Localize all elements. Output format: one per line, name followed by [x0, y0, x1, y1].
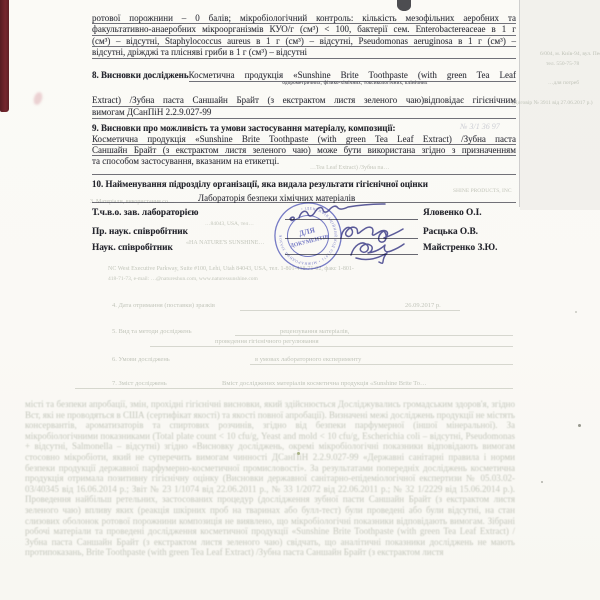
signature-line [285, 254, 418, 255]
show-through-fragment: 5. Вид та методи досліджень [112, 328, 192, 335]
show-through-fragment: 6. Умови досліджень [112, 356, 170, 363]
scanned-document-page: місті та безпеки апробації, змін, прохід… [0, 0, 600, 600]
show-through-fragment: 6/004, м. Київ-94, вул. Пес… [540, 51, 600, 57]
show-through-fragment: …для потреб [548, 80, 579, 86]
show-through-fragment: 26.09.2017 р. [405, 302, 441, 309]
show-through-fragment: 4. Дата отримання (поставки) зразків [112, 302, 215, 309]
show-through-fragment: 7. Зміст досліджень [112, 380, 167, 387]
show-through-rule [75, 388, 513, 389]
signature-name: Майстренко З.Ю. [423, 243, 497, 253]
show-through-fragment: 418-71-73, e-mail: …@natureshun.com, www… [108, 276, 258, 282]
signature-role-label: Наук. співробітник [92, 243, 173, 253]
show-through-paragraph: місті та безпеки апробації, змін, прохід… [25, 399, 515, 558]
signature-role-label: Т.ч.в.о. зав. лабораторією [92, 208, 198, 218]
show-through-rule [235, 335, 513, 336]
signature-role-label: Пр. наук. співробітник [92, 227, 188, 237]
show-through-fragment: в умовах лабораторного експерименту [255, 356, 361, 363]
show-through-rule [250, 364, 513, 365]
signature-name: Яловенко О.І. [423, 208, 482, 218]
show-through-fragment: проведення гігієнічного регулювання [215, 338, 319, 345]
show-through-fragment: (Договір № 3911 від 27.06.2017 р.) [512, 100, 593, 106]
show-through-rule [150, 346, 513, 347]
show-through-rule [240, 310, 460, 311]
signature-line [285, 219, 418, 220]
signature-line [285, 238, 418, 239]
signature-rows: Т.ч.в.о. зав. лабораторієюЯловенко О.І.П… [92, 0, 516, 270]
show-through-fragment: рецензування матеріалів, [280, 328, 349, 335]
show-through-fragment: Вміст досліджених матеріалів косметична … [222, 380, 427, 387]
show-through-fragment: тел. 550-75-78 [546, 61, 579, 67]
signature-name: Расцька О.В. [423, 227, 478, 237]
